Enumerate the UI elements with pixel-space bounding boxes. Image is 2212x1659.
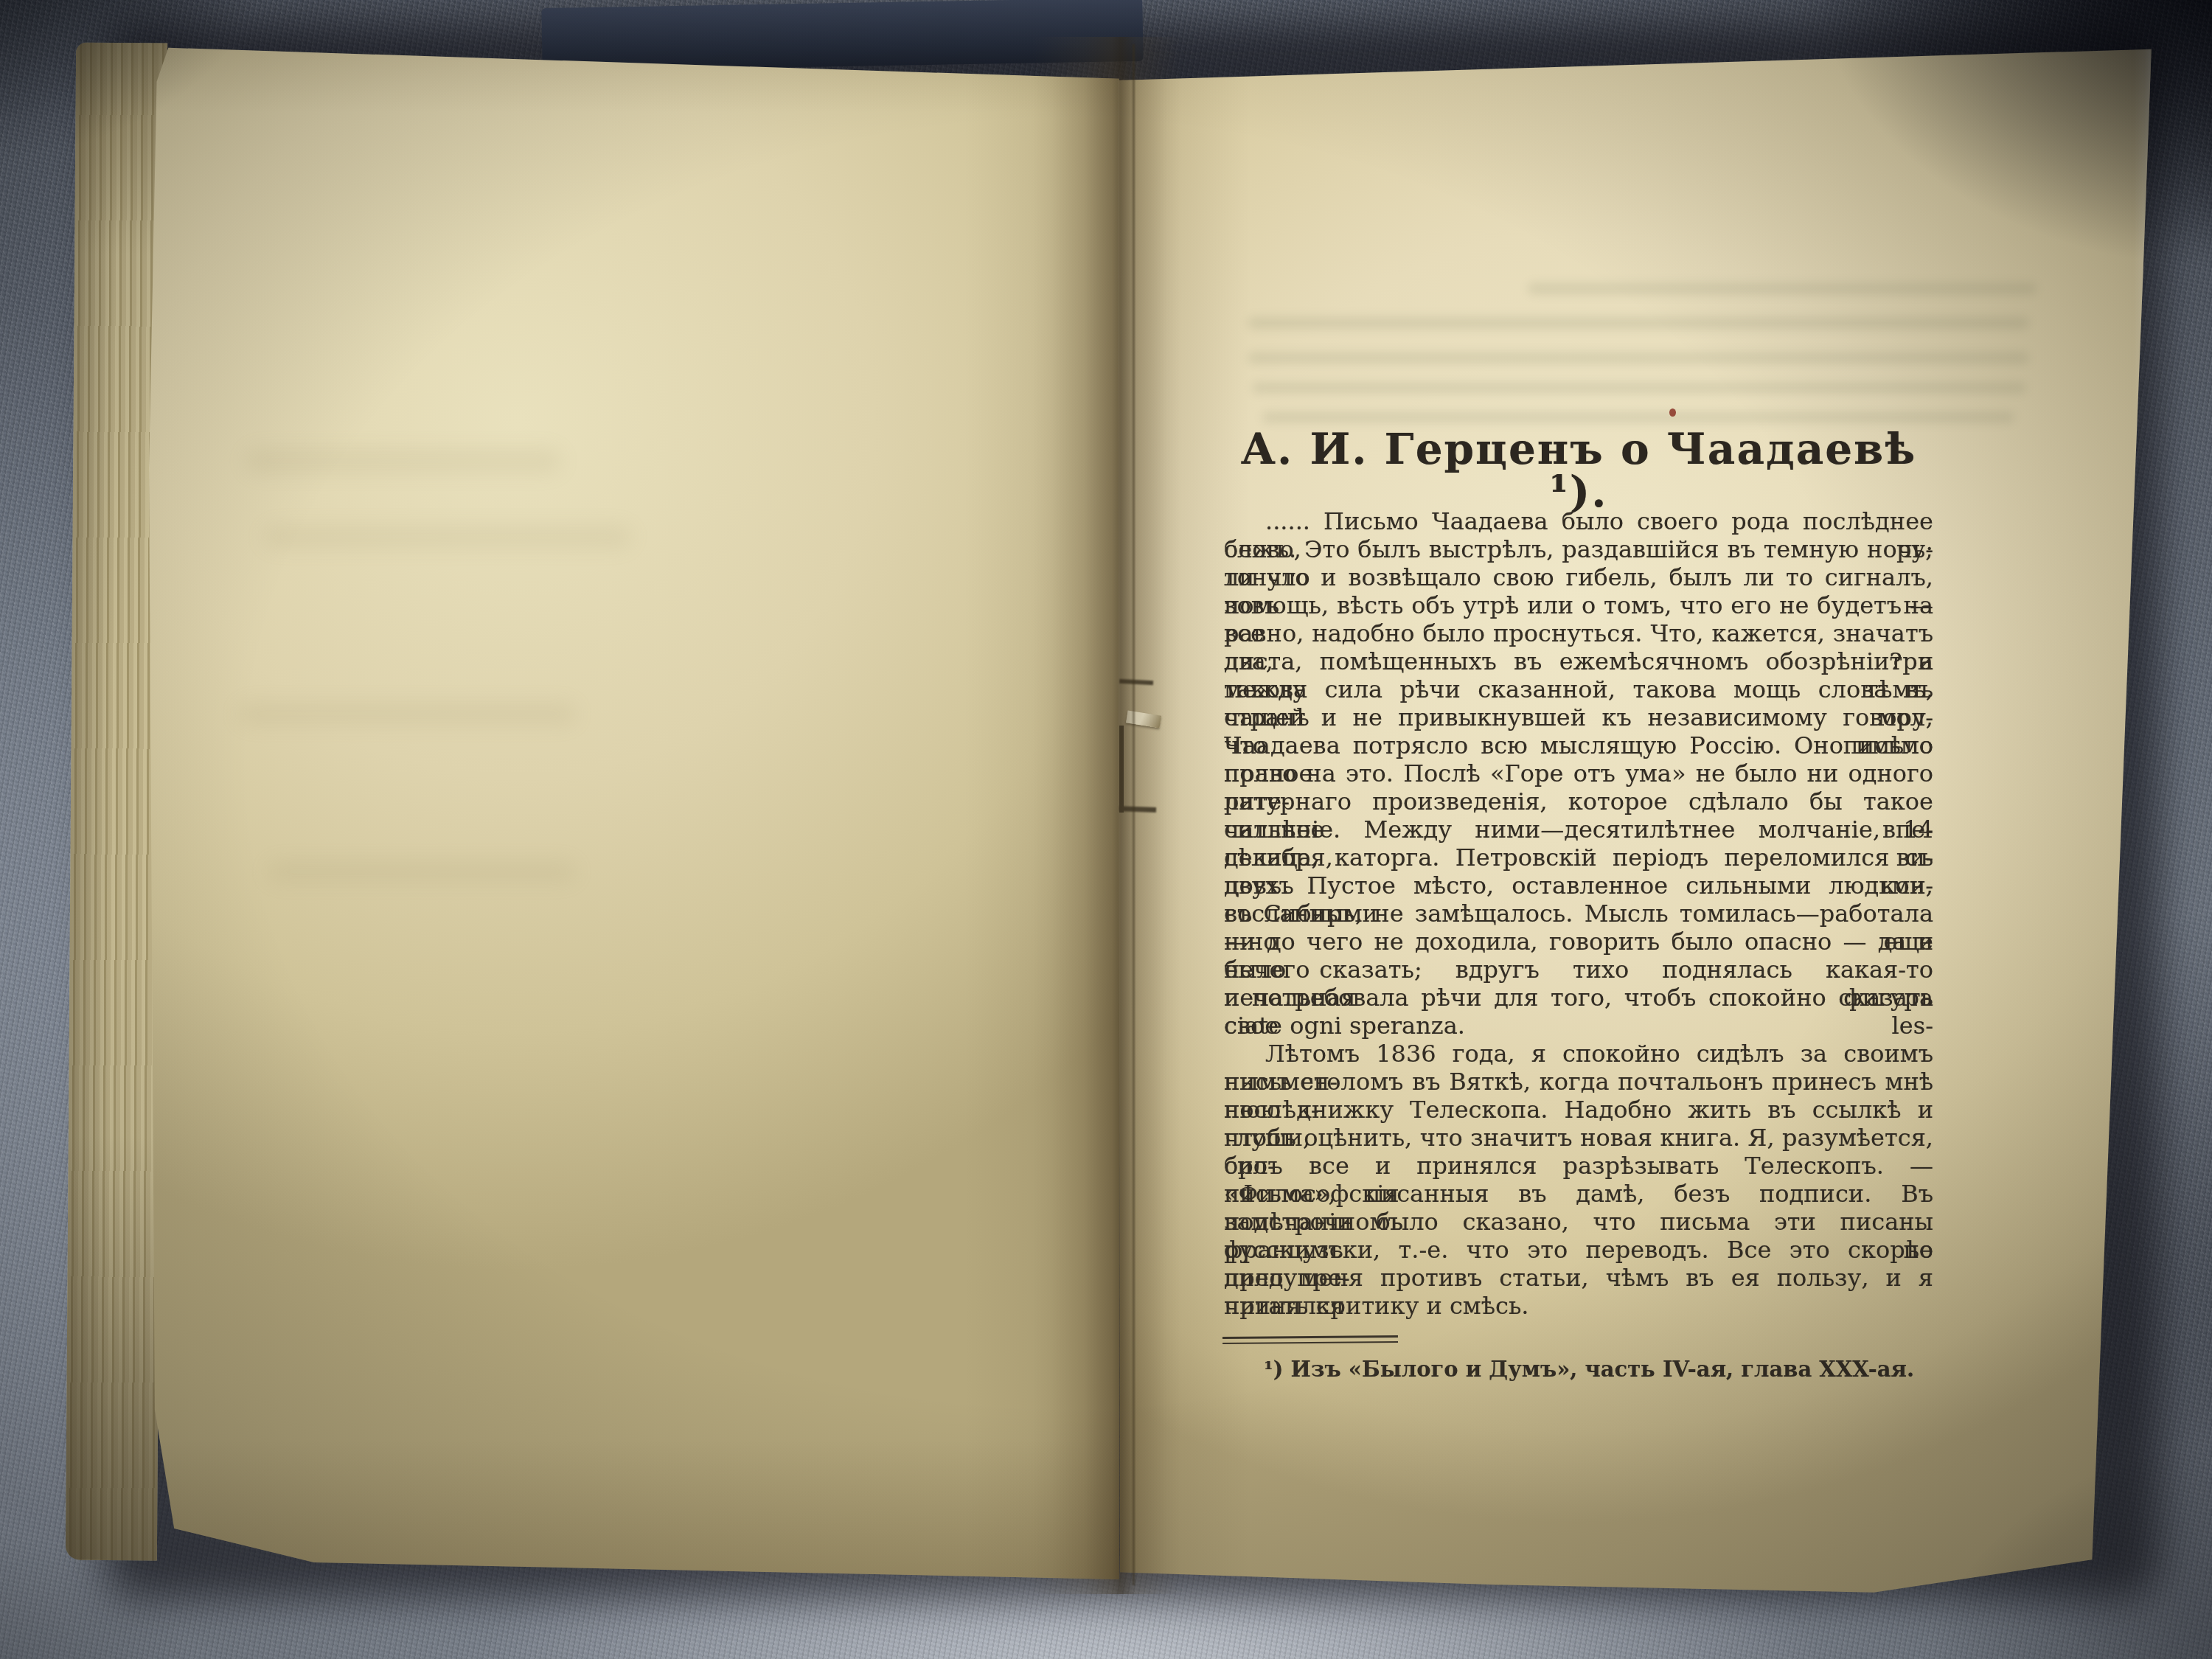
show-through-smudge <box>237 703 577 725</box>
text-line: равно, надобно было проснуться. Что, каж… <box>1224 619 1933 647</box>
text-line: въ Сибирь, не замѣщалось. Мысль томилась… <box>1224 900 1933 928</box>
show-through-line <box>1262 412 2014 422</box>
text-line: чтобъ оцѣнить, что значитъ новая книга. … <box>1224 1124 1933 1152</box>
paper-speck <box>1669 408 1676 417</box>
show-through-line <box>1248 317 2029 329</box>
text-line: было сказать; вдругъ тихо поднялась кака… <box>1224 956 1933 984</box>
text-line: ciate ogni speranza. <box>1224 1012 1933 1040</box>
text-line: французски, т.-е. что это переводъ. Все … <box>1224 1236 1933 1264</box>
show-through-smudge <box>263 526 632 548</box>
text-line: читать критику и смѣсь. <box>1224 1292 1933 1320</box>
text-line: нымъ столомъ въ Вяткѣ, когда почтальонъ … <box>1224 1068 1933 1096</box>
text-line: листа, помѣщенныхъ въ ежемѣсячномъ обозр… <box>1224 647 1933 675</box>
text-line: чатлѣніе. Между ними—десятилѣтнее молчан… <box>1224 815 1933 844</box>
left-page <box>149 35 1119 1579</box>
text-line: ...... Письмо Чаадаева было своего рода … <box>1224 507 1933 535</box>
text-line: письма», писанныя въ дамѣ, безъ подписи.… <box>1224 1180 1933 1208</box>
text-line: ратурнаго произведенія, которое сдѣлало … <box>1224 787 1933 815</box>
show-through-line <box>1528 283 2037 294</box>
gutter-shadow <box>1032 37 1206 1594</box>
show-through-line <box>1248 352 2029 364</box>
show-through-smudge <box>245 448 562 473</box>
text-line: силъ все и принялся разрѣзывать Телескоп… <box>1224 1152 1933 1180</box>
show-through-smudge <box>267 861 577 882</box>
text-line: дило меня противъ статьи, чѣмъ въ ея пол… <box>1224 1264 1933 1292</box>
gutter-fold-line <box>1133 44 1135 1585</box>
text-line: ли что и возвѣщало свою гибель, былъ ли … <box>1224 563 1933 591</box>
footnote: ¹) Изъ «Былого и Думъ», часть IV-ая, гла… <box>1224 1357 1973 1382</box>
body-text: ...... Письмо Чаадаева было своего рода … <box>1224 507 1933 1320</box>
text-line: замѣчаніи было сказано, что письма эти п… <box>1224 1208 1933 1236</box>
footnote-divider <box>1222 1335 1398 1344</box>
text-line: чащей и не привыкнувшей къ независимому … <box>1224 703 1933 731</box>
text-line: Лѣтомъ 1836 года, я спокойно сидѣлъ за с… <box>1224 1040 1933 1068</box>
show-through-line <box>1252 383 2026 393</box>
text-line: и потребовала рѣчи для того, чтобъ споко… <box>1224 984 1933 1012</box>
text-line: ни до чего не доходила, говорить было оп… <box>1224 928 1933 956</box>
text-line: право на это. Послѣ «Горе отъ ума» не бы… <box>1224 759 1933 787</box>
text-line: такова сила рѣчи сказанной, такова мощь … <box>1224 675 1933 703</box>
photo-stage: А. И. Герценъ о Чаадаевѣ ¹). ...... Пись… <box>0 0 2212 1659</box>
text-line: сѣлица, каторга. Петровскій періодъ пере… <box>1224 844 1933 872</box>
text-line: Чаадаева потрясло всю мыслящую Россію. О… <box>1224 731 1933 759</box>
right-page: А. И. Герценъ о Чаадаевѣ ¹). ...... Пись… <box>1115 40 2154 1597</box>
text-line: нюю книжку Телескопа. Надобно жить въ сс… <box>1224 1096 1933 1124</box>
text-line: бежъ. Это былъ выстрѣлъ, раздавшійся въ … <box>1224 535 1933 563</box>
text-line: цовъ. Пустое мѣсто, оставленное сильными… <box>1224 872 1933 900</box>
page-title: А. И. Герценъ о Чаадаевѣ ¹). <box>1224 428 1933 513</box>
text-line: помощь, вѣсть объ утрѣ или о томъ, что е… <box>1224 591 1933 619</box>
